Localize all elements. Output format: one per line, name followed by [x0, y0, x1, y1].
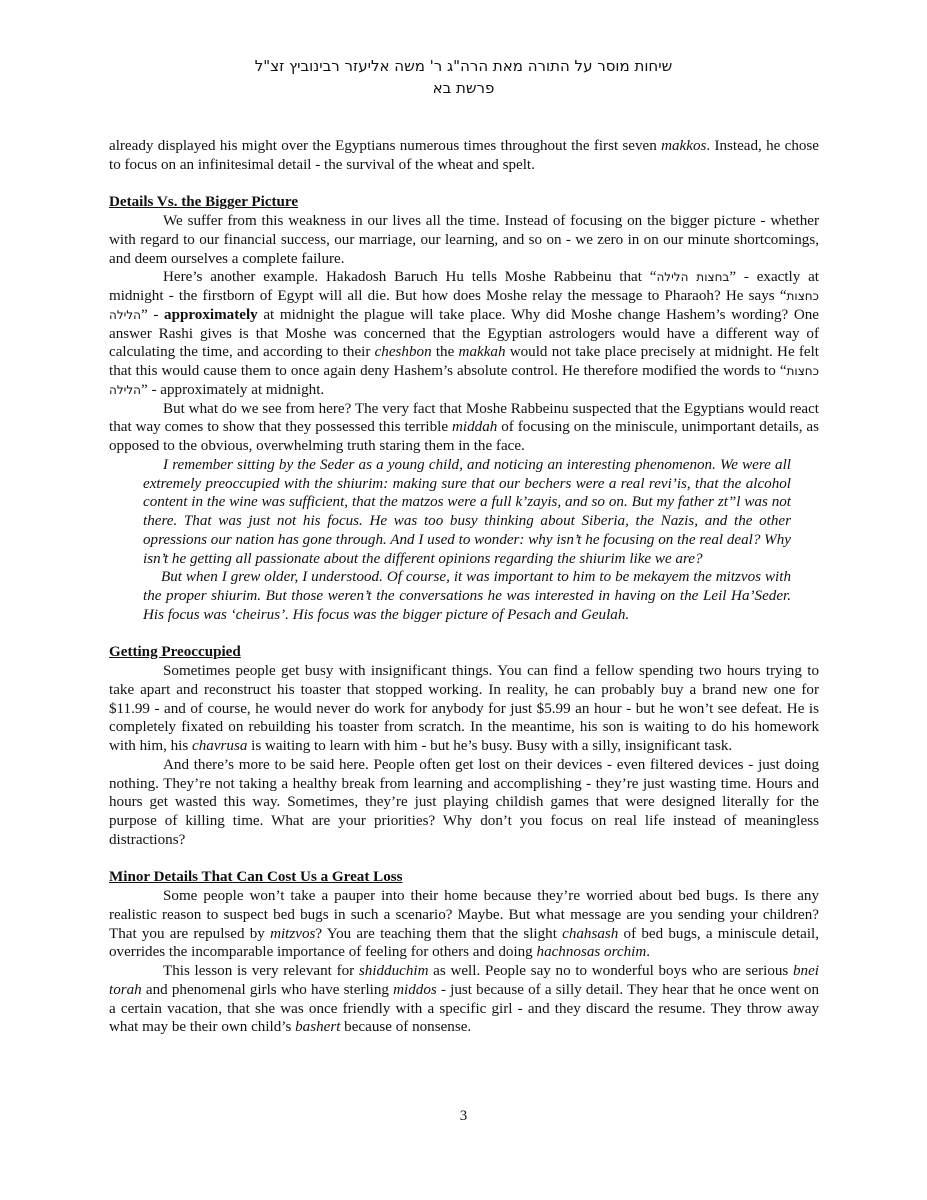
section-heading-getting-preoccupied: Getting Preoccupied: [109, 643, 819, 662]
paragraph: Sometimes people get busy with insignifi…: [109, 662, 819, 756]
page-number: 3: [0, 1108, 927, 1125]
paragraph: Some people won’t take a pauper into the…: [109, 887, 819, 962]
header-title: שיחות מוסר על התורה מאת הרה"ג ר' משה אלי…: [0, 56, 927, 76]
section-heading-minor-details: Minor Details That Can Cost Us a Great L…: [109, 868, 819, 887]
block-quote: But when I grew older, I understood. Of …: [143, 568, 791, 624]
document-page: שיחות מוסר על התורה מאת הרה"ג ר' משה אלי…: [0, 0, 927, 1200]
paragraph: But what do we see from here? The very f…: [109, 400, 819, 456]
document-body: already displayed his might over the Egy…: [109, 137, 819, 1037]
section-heading-details-vs-bigger-picture: Details Vs. the Bigger Picture: [109, 193, 819, 212]
page-header: שיחות מוסר על התורה מאת הרה"ג ר' משה אלי…: [0, 56, 927, 98]
block-quote: I remember sitting by the Seder as a you…: [143, 456, 791, 569]
paragraph: And there’s more to be said here. People…: [109, 756, 819, 850]
intro-paragraph: already displayed his might over the Egy…: [109, 137, 819, 175]
paragraph: This lesson is very relevant for shidduc…: [109, 962, 819, 1037]
paragraph: We suffer from this weakness in our live…: [109, 212, 819, 268]
paragraph: Here’s another example. Hakadosh Baruch …: [109, 268, 819, 399]
header-parsha: פרשת בא: [0, 78, 927, 98]
